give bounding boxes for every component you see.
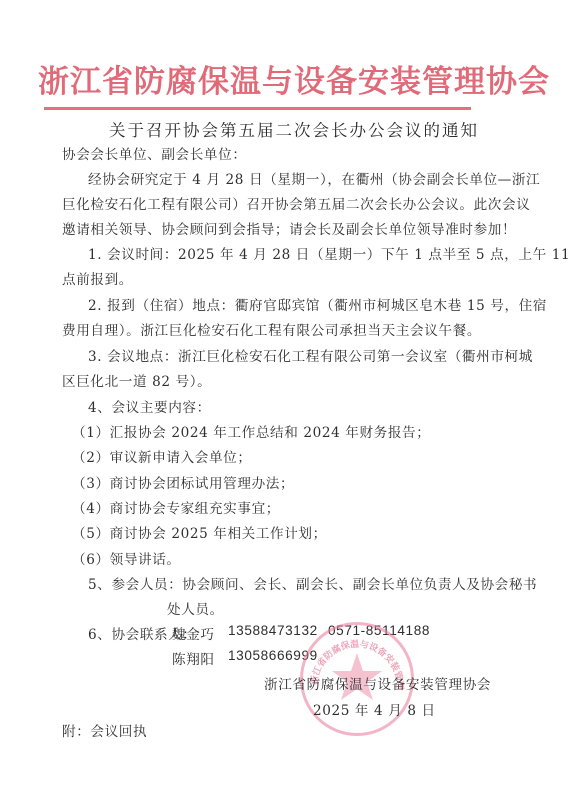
agenda-item-3: （3）商讨协会团标试用管理办法；	[72, 472, 294, 492]
item5-line-1: 5、参会人员：协会顾问、会长、副会长、副会长单位负责人及协会秘书	[88, 573, 537, 593]
item2-line-1: 2. 报到（住宿）地点：衢府官邸宾馆（衢州市柯城区皂木巷 15 号，住宿	[88, 294, 547, 314]
agenda-item-6: （6）领导讲话。	[72, 548, 181, 568]
agenda-item-2: （2）审议新申请入会单位；	[72, 446, 252, 466]
intro-line-1: 经协会研究定于 4 月 28 日（星期一），在衢州（协会副会长单位—浙江	[88, 168, 540, 188]
agenda-item-4: （4）商讨协会专家组充实事宜；	[72, 497, 280, 517]
notice-title: 关于召开协会第五届二次会长办公会议的通知	[0, 117, 588, 141]
signature-date: 2025 年 4 月 8 日	[313, 699, 436, 719]
contact-name: 魏金巧	[172, 623, 215, 643]
item3-line-2: 区巨化北一道 82 号）。	[62, 370, 211, 390]
intro-line-3: 邀请相关领导、协会顾问到会指导；请会长及副会长单位领导准时参加！	[62, 218, 516, 238]
letterhead-divider	[44, 107, 471, 110]
signature-org: 浙江省防腐保温与设备安装管理协会	[264, 673, 491, 693]
salutation: 协会会长单位、副会长单位：	[62, 143, 247, 163]
item2-line-2: 费用自理）。浙江巨化检安石化工程有限公司承担当天主会议午餐。	[62, 319, 481, 339]
item4-heading: 4、会议主要内容：	[88, 396, 211, 416]
attachment-note: 附：会议回执	[62, 720, 147, 740]
item3-line-1: 3. 会议地点：浙江巨化检安石化工程有限公司第一会议室（衢州市柯城	[88, 345, 533, 365]
contact-name: 陈翔阳	[172, 648, 215, 668]
item1-line-1: 1. 会议时间：2025 年 4 月 28 日（星期一）下午 1 点半至 5 点…	[88, 243, 570, 263]
letterhead-org-name: 浙江省防腐保温与设备安装管理协会	[0, 56, 588, 101]
item5-line-2: 处人员。	[167, 598, 224, 618]
item1-line-2: 点前报到。	[62, 268, 133, 288]
agenda-item-5: （5）商讨协会 2025 年相关工作计划；	[72, 522, 327, 542]
intro-line-2: 巨化检安石化工程有限公司）召开协会第五届二次会长办公会议。此次会议	[62, 193, 530, 213]
agenda-item-1: （1）汇报协会 2024 年工作总结和 2024 年财务报告；	[72, 421, 430, 441]
